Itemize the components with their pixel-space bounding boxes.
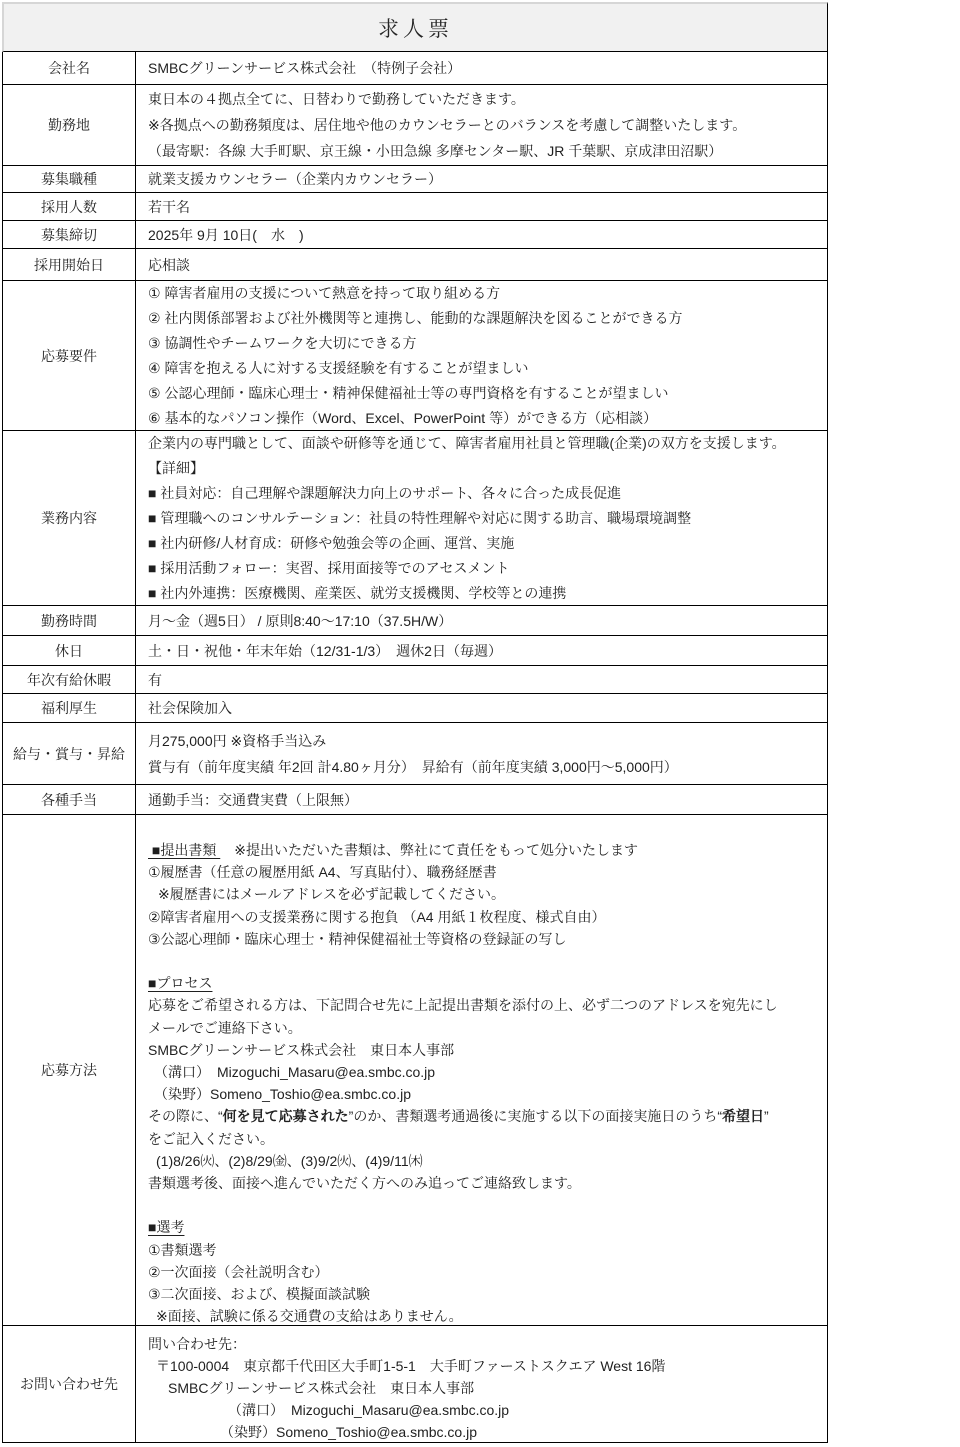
content-line: SMBCグリーンサービス株式会社 （特例子会社） bbox=[148, 57, 821, 79]
text-segment: 土・日・祝他・年末年始（12/31-1/3） 週休2日（毎週） bbox=[148, 643, 502, 659]
row-content: SMBCグリーンサービス株式会社 （特例子会社） bbox=[136, 52, 827, 84]
text-segment: ②障害者雇用への支援業務に関する抱負 （A4 用紙１枚程度、様式自由） bbox=[148, 909, 605, 925]
row-content: 就業支援カウンセラー（企業内カウンセラー） bbox=[136, 166, 827, 192]
content-line: その際に、“何を見て応募された”のか、書類選考通過後に実施する以下の面接実施日の… bbox=[148, 1105, 821, 1127]
row-content: 企業内の専門職として、面談や研修等を通じて、障害者雇用社員と管理職(企業)の双方… bbox=[136, 431, 827, 605]
content-line: ■ 採用活動フォロー：実習、採用面接等でのアセスメント bbox=[148, 556, 821, 581]
row-label: 採用開始日 bbox=[3, 249, 136, 280]
content-line: ※面接、試験に係る交通費の支給はありません。 bbox=[156, 1305, 821, 1325]
content-line: 土・日・祝他・年末年始（12/31-1/3） 週休2日（毎週） bbox=[148, 640, 821, 662]
content-line: ②障害者雇用への支援業務に関する抱負 （A4 用紙１枚程度、様式自由） bbox=[148, 906, 821, 928]
text-segment: （最寄駅：各線 大手町駅、京王線・小田急線 多摩センター駅、JR 千葉駅、京成津… bbox=[148, 143, 722, 159]
content-line: ③公認心理師・臨床心理士・精神保健福祉士等資格の登録証の写し bbox=[148, 928, 821, 950]
content-line bbox=[148, 1194, 821, 1216]
row-label: 会社名 bbox=[3, 52, 136, 84]
page-title: 求人票 bbox=[378, 13, 453, 43]
row-content: 応相談 bbox=[136, 249, 827, 280]
row-content: ① 障害者雇用の支援について熱意を持って取り組める方② 社内関係部署および社外機… bbox=[136, 281, 827, 430]
content-line: SMBCグリーンサービス株式会社 東日本人事部 bbox=[168, 1377, 821, 1399]
content-line: ■ 社内研修/人材育成：研修や勉強会等の企画、運営、実施 bbox=[148, 531, 821, 556]
content-line: （溝口） Mizoguchi_Masaru@ea.smbc.co.jp bbox=[154, 1061, 821, 1083]
row-content: 問い合わせ先：〒100-0004 東京都千代田区大手町1-5-1 大手町ファース… bbox=[136, 1326, 827, 1442]
text-segment: （溝口） Mizoguchi_Masaru@ea.smbc.co.jp bbox=[228, 1402, 509, 1418]
text-segment: ■ 社内外連携：医療機関、産業医、就労支援機関、学校等との連携 bbox=[148, 585, 566, 601]
row-label: 福利厚生 bbox=[3, 694, 136, 722]
row-content: 2025年 9月 10日( 水 ) bbox=[136, 221, 827, 248]
row-label: 各種手当 bbox=[3, 785, 136, 814]
content-line: ⑥ 基本的なパソコン操作（Word、Excel、PowerPoint 等）ができ… bbox=[148, 406, 821, 431]
content-line: ④ 障害を抱える人に対する支援経験を有することが望ましい bbox=[148, 356, 821, 381]
row-content: 若干名 bbox=[136, 193, 827, 220]
content-line: ■ 社内外連携：医療機関、産業医、就労支援機関、学校等との連携 bbox=[148, 581, 821, 606]
text-segment: 月275,000円 ※資格手当込み bbox=[148, 733, 326, 749]
table-row: 給与・賞与・昇給月275,000円 ※資格手当込み賞与有（前年度実績 年2回 計… bbox=[2, 723, 828, 785]
text-segment: をご記入ください。 bbox=[148, 1131, 274, 1147]
text-segment: メールでご連絡下さい。 bbox=[148, 1020, 302, 1036]
content-line bbox=[148, 950, 821, 972]
content-line: 応相談 bbox=[148, 254, 821, 276]
table-row: 休日土・日・祝他・年末年始（12/31-1/3） 週休2日（毎週） bbox=[2, 636, 828, 666]
text-segment: ①書類選考 bbox=[148, 1242, 217, 1258]
table-row: 勤務時間月～金（週5日） / 原則8:40～17:10（37.5H/W） bbox=[2, 606, 828, 636]
table-row: 募集締切2025年 9月 10日( 水 ) bbox=[2, 221, 828, 249]
table-row: 会社名SMBCグリーンサービス株式会社 （特例子会社） bbox=[2, 52, 828, 85]
text-segment: その際に、“ bbox=[148, 1108, 223, 1124]
content-line: SMBCグリーンサービス株式会社 東日本人事部 bbox=[148, 1039, 821, 1061]
content-line: ② 社内関係部署および社外機関等と連携し、能動的な課題解決を図ることができる方 bbox=[148, 306, 821, 331]
content-line: 社会保険加入 bbox=[148, 697, 821, 719]
row-content: ■提出書類 ※提出いただいた書類は、弊社にて責任をもって処分いたします①履歴書（… bbox=[136, 815, 827, 1325]
row-label: 採用人数 bbox=[3, 193, 136, 220]
text-segment: 東日本の４拠点全てに、日替わりで勤務していただきます。 bbox=[148, 91, 525, 107]
row-label: 応募方法 bbox=[3, 815, 136, 1325]
content-line: （染野）Someno_Toshio@ea.smbc.co.jp bbox=[154, 1083, 821, 1105]
content-line: ①書類選考 bbox=[148, 1239, 821, 1261]
table-row: 採用人数若干名 bbox=[2, 193, 828, 221]
text-segment: ※提出いただいた書類は、弊社にて責任をもって処分いたします bbox=[220, 842, 638, 858]
text-segment: ②一次面接（会社説明含む） bbox=[148, 1264, 329, 1280]
text-segment: ① 障害者雇用の支援について熱意を持って取り組める方 bbox=[148, 285, 500, 301]
text-segment: ■プロセス bbox=[148, 975, 212, 991]
content-line: をご記入ください。 bbox=[148, 1128, 821, 1150]
content-line: メールでご連絡下さい。 bbox=[148, 1017, 821, 1039]
table-row: 年次有給休暇有 bbox=[2, 666, 828, 694]
content-line: ■ 社員対応：自己理解や課題解決力向上のサポート、各々に合った成長促進 bbox=[148, 481, 821, 506]
content-line: 応募をご希望される方は、下記問合せ先に上記提出書類を添付の上、必ず二つのアドレス… bbox=[148, 994, 821, 1016]
row-content: 土・日・祝他・年末年始（12/31-1/3） 週休2日（毎週） bbox=[136, 636, 827, 665]
content-line: 〒100-0004 東京都千代田区大手町1-5-1 大手町ファーストスクエア W… bbox=[156, 1355, 821, 1377]
text-segment: （溝口） Mizoguchi_Masaru@ea.smbc.co.jp bbox=[154, 1064, 435, 1080]
text-segment: ■ 管理職へのコンサルテーション：社員の特性理解や対応に関する助言、職場環境調整 bbox=[148, 510, 691, 526]
content-line: ■提出書類 ※提出いただいた書類は、弊社にて責任をもって処分いたします bbox=[148, 839, 821, 861]
text-segment: 若干名 bbox=[148, 199, 190, 215]
text-segment: ”のか、書類選考通過後に実施する以下の面接実施日のうち“ bbox=[349, 1108, 722, 1124]
row-content: 月～金（週5日） / 原則8:40～17:10（37.5H/W） bbox=[136, 606, 827, 635]
job-posting-document: 求人票 会社名SMBCグリーンサービス株式会社 （特例子会社）勤務地東日本の４拠… bbox=[0, 0, 960, 1447]
table-row: 福利厚生社会保険加入 bbox=[2, 694, 828, 723]
row-label: 応募要件 bbox=[3, 281, 136, 430]
text-segment: ※面接、試験に係る交通費の支給はありません。 bbox=[156, 1308, 463, 1324]
content-line: 企業内の専門職として、面談や研修等を通じて、障害者雇用社員と管理職(企業)の双方… bbox=[148, 431, 821, 456]
table-row: 募集職種就業支援カウンセラー（企業内カウンセラー） bbox=[2, 166, 828, 193]
table-row: 応募要件① 障害者雇用の支援について熱意を持って取り組める方② 社内関係部署およ… bbox=[2, 281, 828, 431]
text-segment: SMBCグリーンサービス株式会社 （特例子会社） bbox=[148, 60, 461, 76]
table-row: 勤務地東日本の４拠点全てに、日替わりで勤務していただきます。※各拠点への勤務頻度… bbox=[2, 85, 828, 166]
row-content: 社会保険加入 bbox=[136, 694, 827, 722]
row-content: 有 bbox=[136, 666, 827, 693]
content-line: ■選考 bbox=[148, 1216, 821, 1238]
text-segment: 2025年 9月 10日( 水 ) bbox=[148, 227, 304, 243]
content-line: ②一次面接（会社説明含む） bbox=[148, 1261, 821, 1283]
text-segment: 有 bbox=[148, 672, 162, 688]
text-segment: 〒100-0004 東京都千代田区大手町1-5-1 大手町ファーストスクエア W… bbox=[156, 1358, 665, 1374]
text-segment: 月～金（週5日） / 原則8:40～17:10（37.5H/W） bbox=[148, 613, 452, 629]
content-line: 2025年 9月 10日( 水 ) bbox=[148, 224, 821, 246]
table-row: 採用開始日応相談 bbox=[2, 249, 828, 281]
content-line: 書類選考後、面接へ進んでいただく方へのみ追ってご連絡致します。 bbox=[148, 1172, 821, 1194]
row-label: 募集締切 bbox=[3, 221, 136, 248]
content-line: 月275,000円 ※資格手当込み bbox=[148, 728, 821, 754]
job-posting-table: 求人票 会社名SMBCグリーンサービス株式会社 （特例子会社）勤務地東日本の４拠… bbox=[2, 2, 828, 1443]
text-segment: 賞与有（前年度実績 年2回 計4.80ヶ月分） 昇給有（前年度実績 3,000円… bbox=[148, 759, 678, 775]
row-content: 東日本の４拠点全てに、日替わりで勤務していただきます。※各拠点への勤務頻度は、居… bbox=[136, 85, 827, 165]
content-line: 通勤手当：交通費実費（上限無） bbox=[148, 789, 821, 811]
content-line: 東日本の４拠点全てに、日替わりで勤務していただきます。 bbox=[148, 86, 821, 112]
content-line: 月～金（週5日） / 原則8:40～17:10（37.5H/W） bbox=[148, 610, 821, 632]
content-line: ■プロセス bbox=[148, 972, 821, 994]
content-line: 有 bbox=[148, 669, 821, 691]
text-segment: SMBCグリーンサービス株式会社 東日本人事部 bbox=[148, 1042, 454, 1058]
text-segment: (1)8/26㈫、(2)8/29㈮、(3)9/2㈫、(4)9/11㈭ bbox=[156, 1153, 423, 1169]
text-segment: 就業支援カウンセラー（企業内カウンセラー） bbox=[148, 171, 442, 187]
text-segment: 希望日 bbox=[722, 1108, 764, 1124]
text-segment: 企業内の専門職として、面談や研修等を通じて、障害者雇用社員と管理職(企業)の双方… bbox=[148, 435, 786, 451]
text-segment: ■提出書類 bbox=[148, 842, 220, 858]
row-label: 募集職種 bbox=[3, 166, 136, 192]
text-segment: ※履歴書にはメールアドレスを必ず記載してください。 bbox=[158, 886, 505, 902]
row-label: 休日 bbox=[3, 636, 136, 665]
table-row: 業務内容企業内の専門職として、面談や研修等を通じて、障害者雇用社員と管理職(企業… bbox=[2, 431, 828, 606]
content-line: ⑤ 公認心理師・臨床心理士・精神保健福祉士等の専門資格を有することが望ましい bbox=[148, 381, 821, 406]
content-line: 賞与有（前年度実績 年2回 計4.80ヶ月分） 昇給有（前年度実績 3,000円… bbox=[148, 754, 821, 780]
content-line: 若干名 bbox=[148, 196, 821, 218]
content-line: 就業支援カウンセラー（企業内カウンセラー） bbox=[148, 168, 821, 190]
content-line: ※各拠点への勤務頻度は、居住地や他のカウンセラーとのバランスを考慮して調整いたし… bbox=[148, 112, 821, 138]
content-line: 問い合わせ先： bbox=[148, 1333, 821, 1355]
document-title-row: 求人票 bbox=[2, 2, 828, 52]
text-segment: SMBCグリーンサービス株式会社 東日本人事部 bbox=[168, 1380, 474, 1396]
text-segment: ⑤ 公認心理師・臨床心理士・精神保健福祉士等の専門資格を有することが望ましい bbox=[148, 385, 668, 401]
content-line: ①履歴書（任意の履歴用紙 A4、写真貼付）、職務経歴書 bbox=[148, 861, 821, 883]
text-segment: ■ 社内研修/人材育成：研修や勉強会等の企画、運営、実施 bbox=[148, 535, 514, 551]
content-line: （溝口） Mizoguchi_Masaru@ea.smbc.co.jp bbox=[228, 1399, 821, 1421]
content-line: ※履歴書にはメールアドレスを必ず記載してください。 bbox=[158, 883, 821, 905]
text-segment: 応相談 bbox=[148, 257, 190, 273]
row-label: お問い合わせ先 bbox=[3, 1326, 136, 1442]
text-segment: （染野）Someno_Toshio@ea.smbc.co.jp bbox=[154, 1086, 411, 1102]
text-segment: 通勤手当：交通費実費（上限無） bbox=[148, 792, 358, 808]
text-segment: 社会保険加入 bbox=[148, 700, 232, 716]
row-content: 月275,000円 ※資格手当込み賞与有（前年度実績 年2回 計4.80ヶ月分）… bbox=[136, 723, 827, 784]
content-line: （最寄駅：各線 大手町駅、京王線・小田急線 多摩センター駅、JR 千葉駅、京成津… bbox=[148, 138, 821, 164]
row-label: 業務内容 bbox=[3, 431, 136, 605]
text-segment: ④ 障害を抱える人に対する支援経験を有することが望ましい bbox=[148, 360, 528, 376]
text-segment: ①履歴書（任意の履歴用紙 A4、写真貼付）、職務経歴書 bbox=[148, 864, 497, 880]
content-line: ③ 協調性やチームワークを大切にできる方 bbox=[148, 331, 821, 356]
text-segment: ③公認心理師・臨床心理士・精神保健福祉士等資格の登録証の写し bbox=[148, 931, 567, 947]
content-line: （染野）Someno_Toshio@ea.smbc.co.jp bbox=[220, 1421, 821, 1442]
text-segment: 問い合わせ先： bbox=[148, 1336, 246, 1352]
content-line: ③二次面接、および、模擬面談試験 bbox=[148, 1283, 821, 1305]
row-label: 給与・賞与・昇給 bbox=[3, 723, 136, 784]
content-line: ■ 管理職へのコンサルテーション：社員の特性理解や対応に関する助言、職場環境調整 bbox=[148, 506, 821, 531]
text-segment: ■ 採用活動フォロー：実習、採用面接等でのアセスメント bbox=[148, 560, 510, 576]
text-segment: ⑥ 基本的なパソコン操作（Word、Excel、PowerPoint 等）ができ… bbox=[148, 410, 657, 426]
row-label: 年次有給休暇 bbox=[3, 666, 136, 693]
content-line: ① 障害者雇用の支援について熱意を持って取り組める方 bbox=[148, 281, 821, 306]
table-row: 各種手当通勤手当：交通費実費（上限無） bbox=[2, 785, 828, 815]
content-line: 【詳細】 bbox=[148, 456, 821, 481]
table-body: 会社名SMBCグリーンサービス株式会社 （特例子会社）勤務地東日本の４拠点全てに… bbox=[2, 52, 828, 1443]
table-row: お問い合わせ先問い合わせ先：〒100-0004 東京都千代田区大手町1-5-1 … bbox=[2, 1326, 828, 1443]
text-segment: 何を見て応募された bbox=[223, 1108, 349, 1124]
content-line: (1)8/26㈫、(2)8/29㈮、(3)9/2㈫、(4)9/11㈭ bbox=[156, 1150, 821, 1172]
text-segment: ” bbox=[764, 1108, 769, 1124]
table-row: 応募方法 ■提出書類 ※提出いただいた書類は、弊社にて責任をもって処分いたします… bbox=[2, 815, 828, 1326]
text-segment: ■ 社員対応：自己理解や課題解決力向上のサポート、各々に合った成長促進 bbox=[148, 485, 621, 501]
text-segment: ③ 協調性やチームワークを大切にできる方 bbox=[148, 335, 416, 351]
row-content: 通勤手当：交通費実費（上限無） bbox=[136, 785, 827, 814]
text-segment: ※各拠点への勤務頻度は、居住地や他のカウンセラーとのバランスを考慮して調整いたし… bbox=[148, 117, 746, 133]
text-segment: 応募をご希望される方は、下記問合せ先に上記提出書類を添付の上、必ず二つのアドレス… bbox=[148, 997, 778, 1013]
text-segment: ■選考 bbox=[148, 1219, 184, 1235]
text-segment: 書類選考後、面接へ進んでいただく方へのみ追ってご連絡致します。 bbox=[148, 1175, 581, 1191]
row-label: 勤務時間 bbox=[3, 606, 136, 635]
text-segment: ③二次面接、および、模擬面談試験 bbox=[148, 1286, 370, 1302]
text-segment: ② 社内関係部署および社外機関等と連携し、能動的な課題解決を図ることができる方 bbox=[148, 310, 682, 326]
text-segment: （染野）Someno_Toshio@ea.smbc.co.jp bbox=[220, 1424, 477, 1440]
row-label: 勤務地 bbox=[3, 85, 136, 165]
text-segment: 【詳細】 bbox=[148, 460, 204, 476]
